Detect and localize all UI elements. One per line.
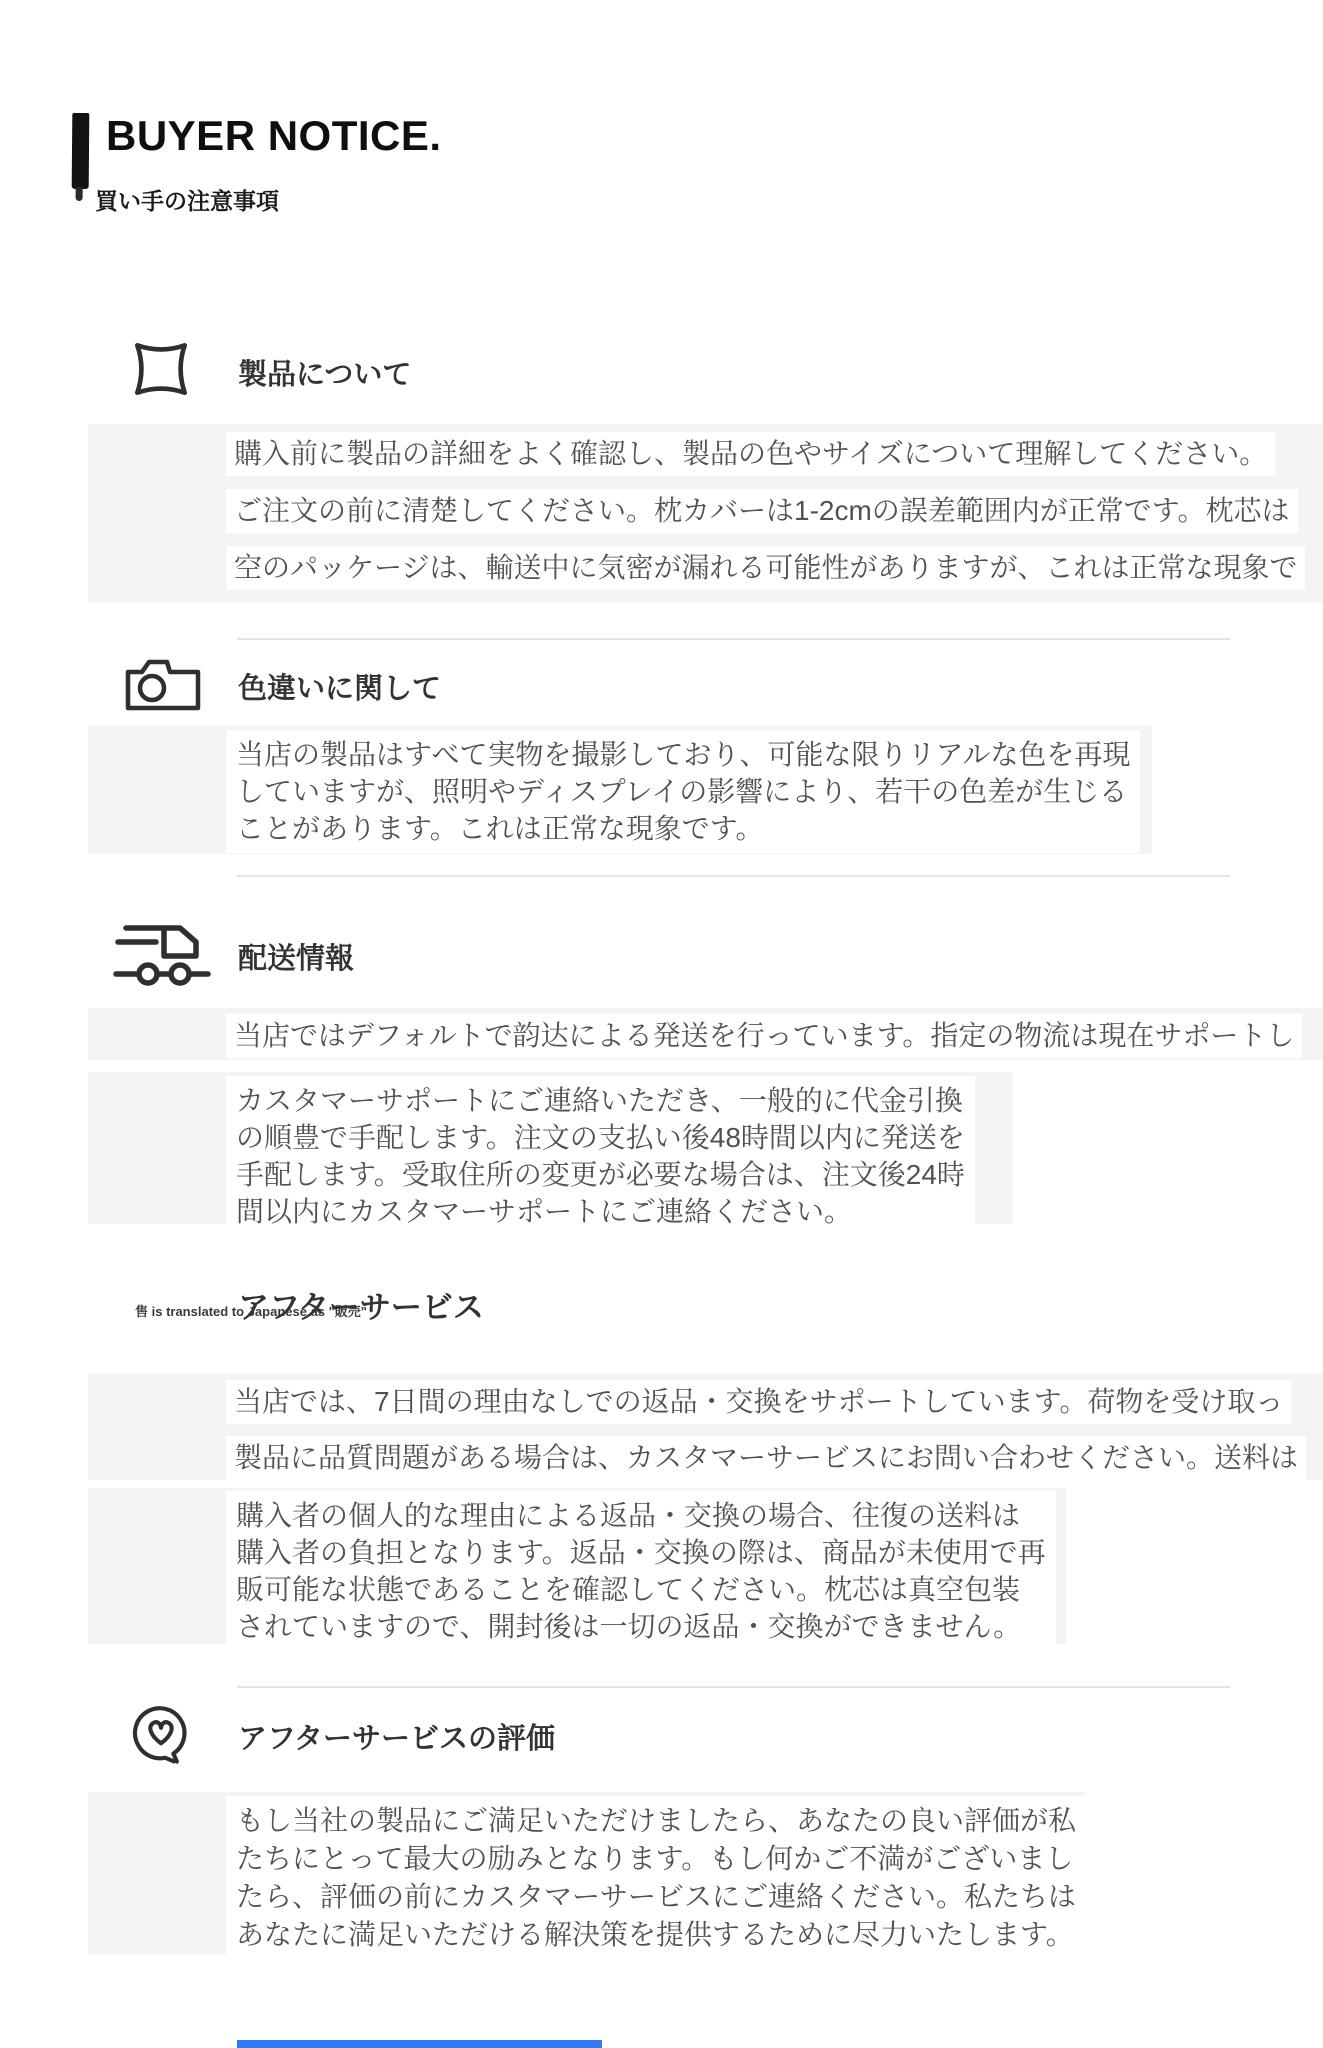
paragraph-block: カスタマーサポートにご連絡いただき、一般的に代金引換 の順豊で手配します。注文の…	[226, 1076, 975, 1236]
paragraph-line: 購入前に製品の詳細をよく確認し、製品の色やサイズについて理解してください。	[226, 432, 1275, 476]
paragraph-line: 製品に品質問題がある場合は、カスタマーサービスにお問い合わせください。送料は	[226, 1436, 1306, 1480]
camera-icon	[124, 650, 202, 719]
section-title-review: アフターサービスの評価	[238, 1716, 555, 1757]
section-title-shipping: 配送情報	[238, 936, 354, 977]
paragraph-line: 空のパッケージは、輸送中に気密が漏れる可能性がありますが、これは正常な現象で	[226, 546, 1305, 590]
paragraph-line: 当店ではデフォルトで韵达による発送を行っています。指定の物流は現在サポートし	[226, 1014, 1302, 1058]
paragraph-block: 購入者の個人的な理由による返品・交換の場合、往復の送料は 購入者の負担となります…	[226, 1491, 1056, 1651]
header-accent-bar	[72, 113, 90, 189]
paragraph-block: 当店の製品はすべて実物を撮影しており、可能な限りリアルな色を再現 していますが、…	[226, 730, 1140, 853]
page-title: BUYER NOTICE.	[106, 112, 442, 160]
pillow-icon	[128, 336, 194, 407]
buyer-notice-page: BUYER NOTICE. 買い手の注意事項 製品について 購入前に製品の詳細を…	[0, 0, 1323, 2048]
section-title-color: 色違いに関して	[238, 666, 441, 707]
page-subtitle: 買い手の注意事項	[95, 183, 279, 216]
paragraph-block: もし当社の製品にご満足いただけましたら、あなたの良い評価が私 たちにとって最大の…	[226, 1796, 1086, 1960]
section-divider	[237, 875, 1230, 877]
paragraph-line: 当店では、7日間の理由なしでの返品・交換をサポートしています。荷物を受け取っ	[226, 1380, 1291, 1424]
section-divider	[237, 1686, 1230, 1688]
section-title-after-service: アフターサービス	[238, 1282, 484, 1327]
paragraph-line: ご注文の前に清楚してください。枕カバーは1-2cmの誤差範囲内が正常です。枕芯は	[226, 489, 1298, 533]
truck-icon	[112, 916, 214, 997]
bottom-accent-bar	[237, 2040, 602, 2048]
chat-heart-icon	[128, 1700, 194, 1771]
section-divider	[237, 638, 1230, 640]
section-title-product: 製品について	[238, 352, 411, 393]
